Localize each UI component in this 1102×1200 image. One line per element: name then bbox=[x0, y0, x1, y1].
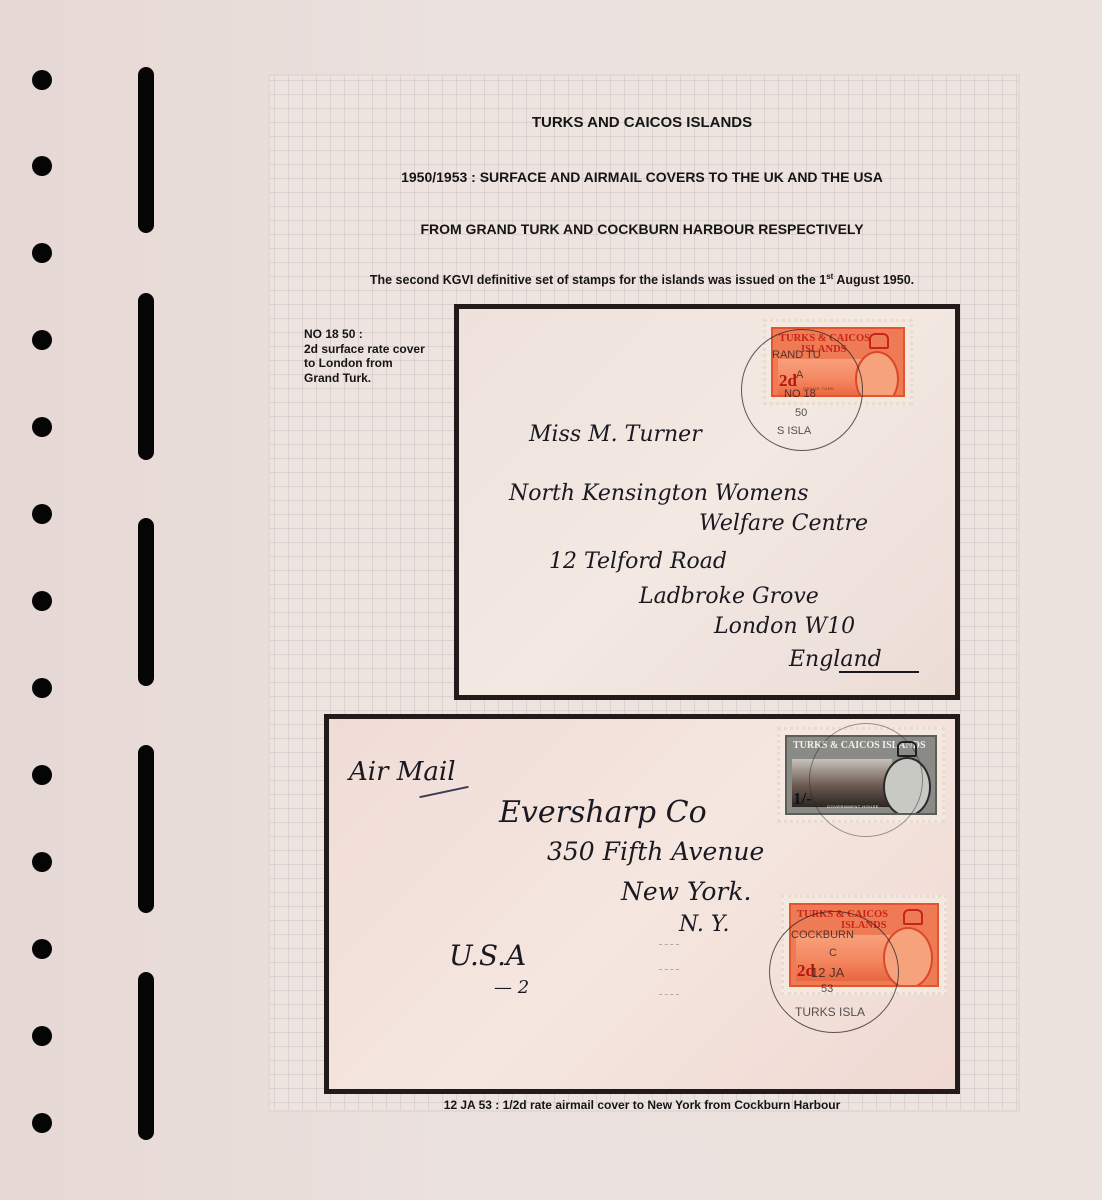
caption-line: Grand Turk. bbox=[304, 371, 454, 386]
crown-icon bbox=[869, 333, 889, 349]
machine-cancel-line bbox=[659, 994, 679, 1009]
page-subtitle-2: FROM GRAND TURK AND COCKBURN HARBOUR RES… bbox=[268, 221, 1016, 237]
postmark-text: 53 bbox=[821, 983, 833, 995]
punch-hole bbox=[32, 417, 52, 437]
postmark-text: NO 18 bbox=[784, 388, 816, 400]
punch-hole bbox=[32, 70, 52, 90]
cover2-envelope: Air Mail TURKS & CAICOS ISLANDS 1/- GOVE… bbox=[329, 719, 955, 1089]
postmark-text: TURKS ISLA bbox=[795, 1005, 865, 1019]
machine-cancel-line bbox=[659, 969, 679, 984]
address-line: U.S.A bbox=[449, 939, 526, 972]
cover1-caption: NO 18 50 : 2d surface rate cover to Lond… bbox=[304, 327, 454, 385]
punch-slot bbox=[138, 67, 154, 233]
cover2-caption: 12 JA 53 : 1/2d rate airmail cover to Ne… bbox=[268, 1098, 1016, 1112]
caption-line: NO 18 50 : bbox=[304, 327, 454, 342]
airmail-endorsement: Air Mail bbox=[349, 757, 456, 787]
caption-line: to London from bbox=[304, 356, 454, 371]
postmark-text: RAND TU bbox=[772, 349, 821, 361]
address-line: London W10 bbox=[714, 614, 855, 639]
postmark-text: A bbox=[796, 369, 803, 381]
postmark-text: S ISLA bbox=[777, 425, 811, 437]
address-line: Miss M. Turner bbox=[529, 422, 702, 447]
punch-slot bbox=[138, 745, 154, 913]
cover2-mount: Air Mail TURKS & CAICOS ISLANDS 1/- GOVE… bbox=[324, 714, 960, 1094]
punch-hole bbox=[32, 765, 52, 785]
address-line: 350 Fifth Avenue bbox=[547, 837, 764, 866]
punch-hole bbox=[32, 1026, 52, 1046]
punch-slot bbox=[138, 518, 154, 686]
cover1-mount: TURKS & CAICOSISLANDS 2d GRAND TURK RAND… bbox=[454, 304, 960, 700]
punch-slot bbox=[138, 972, 154, 1140]
caption-line: 2d surface rate cover bbox=[304, 342, 454, 357]
cover2-postmark-upper bbox=[809, 723, 923, 837]
postmark-text: 50 bbox=[795, 407, 807, 419]
punch-hole bbox=[32, 1113, 52, 1133]
address-line: N. Y. bbox=[679, 912, 730, 937]
address-mark: — 2 bbox=[494, 977, 529, 998]
punch-hole bbox=[32, 591, 52, 611]
punch-hole bbox=[32, 504, 52, 524]
punch-hole bbox=[32, 243, 52, 263]
endorsement-underline bbox=[419, 786, 468, 798]
punch-hole bbox=[32, 330, 52, 350]
stamp-value: 1/- bbox=[793, 789, 812, 809]
address-line: Welfare Centre bbox=[699, 511, 868, 536]
page-title: TURKS AND CAICOS ISLANDS bbox=[268, 114, 1016, 131]
punch-hole bbox=[32, 852, 52, 872]
punch-slot bbox=[138, 293, 154, 460]
intro-text: The second KGVI definitive set of stamps… bbox=[268, 272, 1016, 287]
address-underline bbox=[839, 671, 919, 673]
address-line: 12 Telford Road bbox=[549, 549, 727, 574]
intro-text-main: The second KGVI definitive set of stamps… bbox=[370, 273, 826, 287]
address-line: Eversharp Co bbox=[499, 795, 707, 830]
cover1-envelope: TURKS & CAICOSISLANDS 2d GRAND TURK RAND… bbox=[459, 309, 955, 695]
punch-hole bbox=[32, 156, 52, 176]
postmark-text: 12 JA bbox=[811, 965, 844, 980]
intro-text-end: August 1950. bbox=[833, 273, 914, 287]
address-line: New York. bbox=[621, 877, 751, 906]
machine-cancel-line bbox=[659, 944, 679, 959]
postmark-text: COCKBURN bbox=[791, 929, 854, 941]
address-line: Ladbroke Grove bbox=[639, 584, 819, 609]
crown-icon bbox=[903, 909, 923, 925]
postmark-text: C bbox=[829, 947, 837, 959]
address-line: North Kensington Womens bbox=[509, 481, 809, 506]
punch-hole bbox=[32, 939, 52, 959]
punch-hole bbox=[32, 678, 52, 698]
page-subtitle: 1950/1953 : SURFACE AND AIRMAIL COVERS T… bbox=[268, 169, 1016, 185]
address-line: England bbox=[789, 647, 882, 672]
